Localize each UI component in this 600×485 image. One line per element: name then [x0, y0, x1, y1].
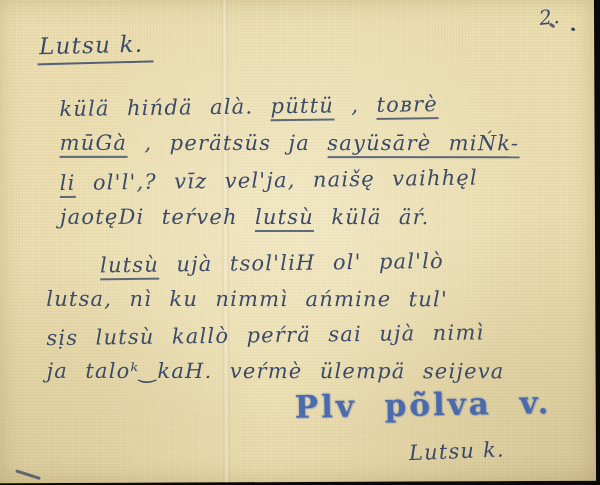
- signature: Lutsu k.: [408, 437, 505, 465]
- text-segment: mūGà: [60, 131, 128, 158]
- text-segment: li: [60, 171, 76, 198]
- text-segment: lutsù: [255, 205, 314, 232]
- archive-card: 2. Lutsu k. külä hińdä alà. püttü , toʙr…: [0, 0, 596, 483]
- text-segment: toʙrè: [376, 92, 438, 120]
- text-segment: külä hińdä alà.: [59, 94, 271, 121]
- text-segment: ol'l',? vīz vel'ja, naišę vaihhęl: [75, 166, 478, 195]
- manuscript-paragraph-2: lutsù ujà tsol'liH ol' pal'lòlutsa, nì k…: [46, 250, 505, 396]
- manuscript-paragraph-1: külä hińdä alà. püttü , toʙrèmūGà , perä…: [59, 93, 519, 243]
- document-title: Lutsu k.: [37, 31, 154, 65]
- manuscript-line: lutsù ujà tsol'liH ol' pal'lò: [46, 248, 504, 290]
- text-segment: sịs lutsù kallò peŕrä sai ujà nimì: [46, 320, 484, 350]
- text-segment: , perätsüs ja: [127, 131, 327, 155]
- manuscript-line: lutsa, nì ku nimmì ańmine tul': [46, 287, 504, 323]
- text-segment: sayüsārè miŃk-: [327, 131, 519, 158]
- text-segment: ja taloᵏ‿kaH. veŕmè ülempä seijeva: [47, 359, 505, 383]
- text-segment: jaotęDi teŕveh: [60, 205, 255, 229]
- manuscript-line: sịs lutsù kallò peŕrä sai ujà nimì: [46, 320, 504, 362]
- manuscript-line: jaotęDi teŕveh lutsù külä äŕ.: [60, 205, 520, 242]
- manuscript-line: mūGà , perätsüs ja sayüsārè miŃk-: [60, 131, 520, 168]
- text-segment: lutsù: [100, 253, 159, 281]
- text-segment: lutsa, nì ku nimmì ańmine tul': [46, 287, 448, 311]
- text-segment: ,: [334, 93, 377, 118]
- text-segment: külä äŕ.: [314, 205, 429, 229]
- ink-speck: [15, 469, 41, 480]
- text-segment: ujà tsol'liH ol' pal'lò: [159, 249, 444, 277]
- ink-speck: [571, 27, 576, 31]
- parish-stamp: Plv põlva v.: [294, 385, 551, 426]
- text-segment: püttü: [270, 93, 334, 121]
- manuscript-line: külä hińdä alà. püttü , toʙrè: [59, 91, 519, 134]
- manuscript-line: li ol'l',? vīz vel'ja, naišę vaihhęl: [60, 165, 520, 208]
